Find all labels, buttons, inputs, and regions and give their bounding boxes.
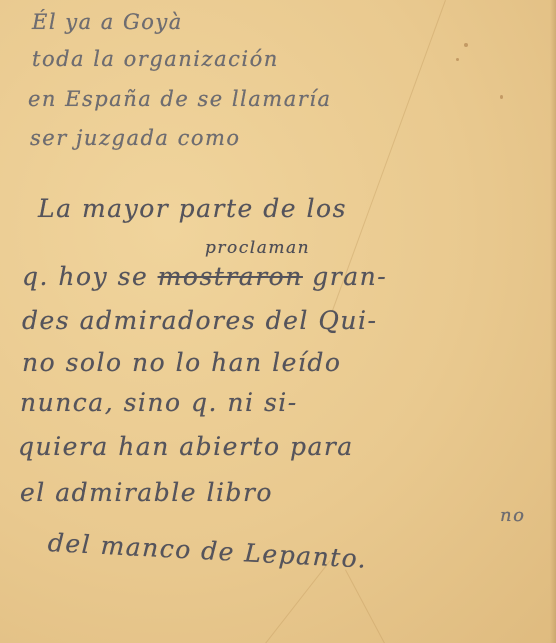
line-text: q. hoy se (22, 262, 148, 291)
line-text-continued: gran- (312, 262, 387, 291)
paper-crease (345, 570, 388, 643)
manuscript-line-8: no solo no lo han leído (22, 348, 341, 377)
paper-stain (456, 58, 459, 61)
manuscript-line-1: Él ya a Goyà (32, 10, 183, 34)
manuscript-page: Él ya a Goyà toda la organización en Esp… (0, 0, 556, 643)
manuscript-line-3: en España de se llamaría (28, 87, 332, 111)
paper-crease (262, 560, 331, 643)
manuscript-line-6: q. hoy se mostraron gran- (22, 262, 387, 291)
struck-word: mostraron (158, 262, 303, 291)
interlinear-insertion: proclaman (205, 238, 310, 258)
manuscript-line-4: ser juzgada como (30, 126, 241, 150)
manuscript-line-7: des admiradores del Qui- (22, 306, 377, 335)
paper-stain (500, 95, 503, 99)
paper-edge (550, 0, 556, 643)
paper-stain (464, 43, 468, 47)
manuscript-line-11: el admirable libro (20, 478, 273, 507)
manuscript-line-12: del manco de Lepanto. (47, 528, 368, 574)
manuscript-line-10: quiera han abierto para (18, 432, 354, 461)
manuscript-line-2: toda la organización (32, 47, 279, 71)
manuscript-line-5: La mayor parte de los (38, 194, 347, 223)
margin-continuation: no (500, 505, 525, 526)
manuscript-line-9: nunca, sino q. ni si- (20, 388, 298, 417)
